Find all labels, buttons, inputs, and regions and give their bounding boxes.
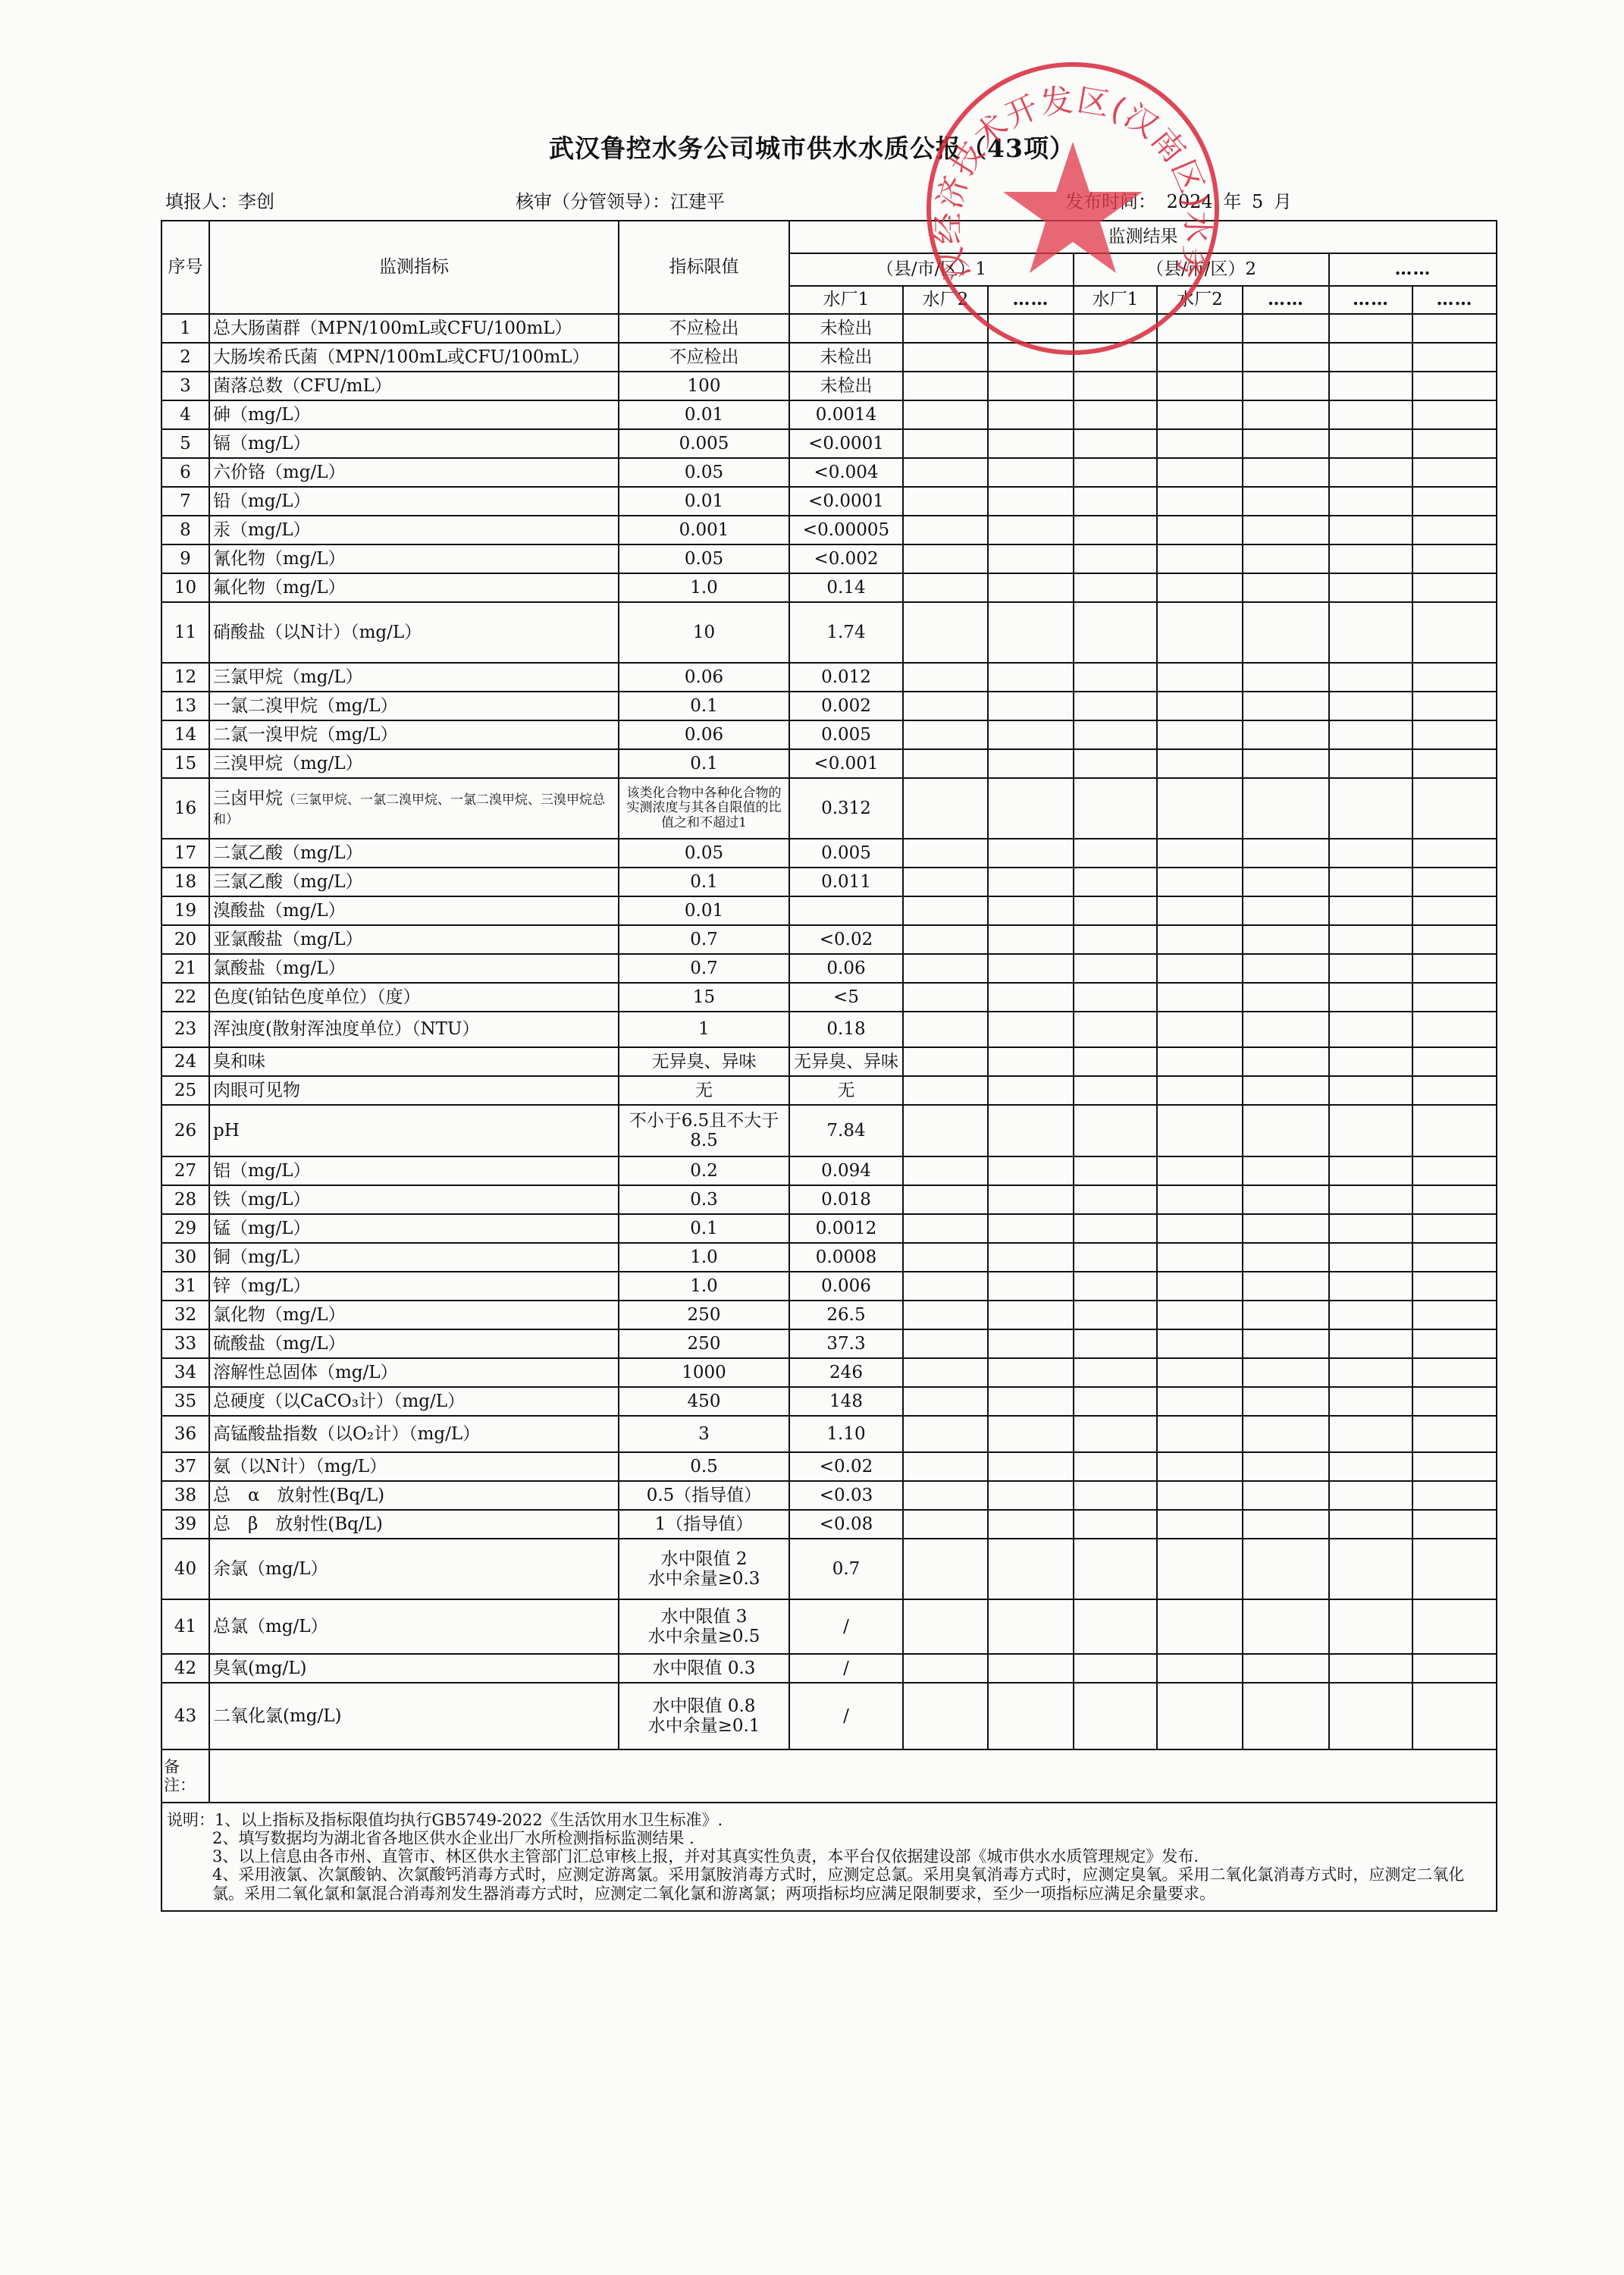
result-empty [903,458,988,487]
table-row: 25肉眼可见物无无 [161,1076,1497,1105]
result-empty [1243,778,1329,839]
result-empty [1329,1214,1412,1243]
result-empty [903,400,988,429]
result-empty [1329,1358,1412,1387]
result-plant-1: 未检出 [789,343,903,372]
result-empty [1157,1156,1243,1185]
result-empty [1074,720,1157,749]
result-empty [1412,1156,1497,1185]
table-row: 11硝酸盐（以N计）（mg/L）101.74 [161,602,1497,663]
result-empty [1157,749,1243,778]
result-empty [1412,868,1497,896]
result-empty [1412,839,1497,868]
result-empty [1074,343,1157,372]
result-plant-1: 无 [789,1076,903,1105]
indicator-name: 一氯二溴甲烷（mg/L） [209,692,619,720]
result-plant-1: <0.08 [789,1510,903,1539]
result-empty [1412,1416,1497,1452]
remark-row: 备注： [161,1749,1497,1803]
result-empty [1329,1076,1412,1105]
result-empty [1329,1654,1412,1683]
limit-value: 250 [619,1301,789,1329]
result-empty [903,778,988,839]
result-empty [903,1452,988,1481]
row-number: 8 [161,516,209,544]
table-row: 19溴酸盐（mg/L）0.01 [161,896,1497,925]
result-empty [903,1599,988,1654]
result-empty [1074,1387,1157,1416]
result-empty [903,839,988,868]
header-results: 监测结果 [789,221,1497,253]
result-empty [988,1012,1074,1047]
result-empty [988,1358,1074,1387]
row-number: 2 [161,343,209,372]
result-empty [1074,544,1157,573]
table-row: 15三溴甲烷（mg/L）0.1<0.001 [161,749,1497,778]
result-empty [1412,1481,1497,1510]
result-empty [1157,1358,1243,1387]
result-empty [1329,720,1412,749]
row-number: 31 [161,1272,209,1301]
table-row: 14二氯一溴甲烷（mg/L）0.060.005 [161,720,1497,749]
result-empty [1157,487,1243,516]
table-row: 28铁（mg/L）0.30.018 [161,1185,1497,1214]
result-empty [1157,896,1243,925]
indicator-name: 铜（mg/L） [209,1243,619,1272]
result-empty [1243,516,1329,544]
limit-value: 0.05 [619,839,789,868]
result-empty [1074,1272,1157,1301]
result-empty [1329,1243,1412,1272]
result-empty [1157,983,1243,1012]
result-empty [903,314,988,343]
result-plant-1: <0.004 [789,458,903,487]
result-empty [1157,1481,1243,1510]
result-empty [903,1654,988,1683]
result-empty [988,516,1074,544]
result-empty [1329,868,1412,896]
table-row: 9氰化物（mg/L）0.05<0.002 [161,544,1497,573]
result-plant-1: <0.03 [789,1481,903,1510]
result-plant-1: 7.84 [789,1105,903,1156]
limit-value: 3 [619,1416,789,1452]
result-empty [1329,839,1412,868]
indicator-name: 臭和味 [209,1047,619,1076]
result-empty [1074,896,1157,925]
result-empty [1074,663,1157,692]
result-empty [1243,663,1329,692]
result-empty [1329,1301,1412,1329]
date-month: 5 [1252,191,1263,212]
limit-value: 10 [619,602,789,663]
result-empty [988,778,1074,839]
result-empty [1412,1683,1497,1749]
result-empty [1329,1329,1412,1358]
result-empty [988,983,1074,1012]
result-empty [1074,1452,1157,1481]
result-plant-1: 246 [789,1358,903,1387]
header-plant: …… [1412,286,1497,314]
table-row: 12三氯甲烷（mg/L）0.060.012 [161,663,1497,692]
reviewer-label: 核审（分管领导）： [516,191,670,212]
notes-row: 说明：1、以上指标及指标限值均执行GB5749-2022《生活饮用水卫生标准》.… [161,1803,1497,1911]
result-empty [1329,1047,1412,1076]
result-empty [1329,1599,1412,1654]
result-empty [1243,314,1329,343]
filler-label: 填报人： [165,191,238,212]
result-plant-1: <0.00005 [789,516,903,544]
result-plant-1: <0.0001 [789,429,903,458]
notes-label: 说明： [167,1811,215,1829]
indicator-name: 硝酸盐（以N计）（mg/L） [209,602,619,663]
result-plant-1: 未检出 [789,372,903,400]
result-empty [903,544,988,573]
result-empty [988,925,1074,954]
result-empty [1074,1105,1157,1156]
result-empty [1329,954,1412,983]
limit-value: 0.7 [619,925,789,954]
result-empty [1329,1481,1412,1510]
result-empty [1243,1156,1329,1185]
result-empty [1243,1272,1329,1301]
result-empty [903,749,988,778]
result-plant-1: <5 [789,983,903,1012]
result-empty [903,692,988,720]
table-row: 27铝（mg/L）0.20.094 [161,1156,1497,1185]
result-plant-1: 0.18 [789,1012,903,1047]
result-empty [1243,1387,1329,1416]
table-row: 40余氯（mg/L）水中限值 2 水中余量≥0.30.7 [161,1539,1497,1599]
result-empty [1157,1272,1243,1301]
row-number: 19 [161,896,209,925]
table-row: 5镉（mg/L）0.005<0.0001 [161,429,1497,458]
result-empty [1074,954,1157,983]
result-empty [1412,1076,1497,1105]
result-empty [1329,1683,1412,1749]
result-empty [988,1185,1074,1214]
result-empty [1157,372,1243,400]
result-empty [988,487,1074,516]
result-empty [1243,429,1329,458]
result-plant-1: 0.011 [789,868,903,896]
result-empty [1412,1185,1497,1214]
result-empty [903,1510,988,1539]
header-plant: …… [988,286,1074,314]
result-empty [988,343,1074,372]
row-number: 22 [161,983,209,1012]
row-number: 35 [161,1387,209,1416]
result-empty [988,544,1074,573]
result-empty [1157,1185,1243,1214]
result-empty [988,1481,1074,1510]
result-empty [1412,1301,1497,1329]
indicator-name: 总大肠菌群（MPN/100mL或CFU/100mL） [209,314,619,343]
indicator-name: 三溴甲烷（mg/L） [209,749,619,778]
result-plant-1: <0.001 [789,749,903,778]
table-row: 34溶解性总固体（mg/L）1000246 [161,1358,1497,1387]
result-empty [1243,1599,1329,1654]
row-number: 14 [161,720,209,749]
result-empty [1243,983,1329,1012]
result-empty [988,1243,1074,1272]
filler-field: 填报人：李创 [165,187,274,213]
result-empty [1329,925,1412,954]
result-empty [1074,1539,1157,1599]
result-plant-1: 0.002 [789,692,903,720]
result-empty [988,1510,1074,1539]
result-empty [1243,925,1329,954]
limit-value: 0.1 [619,1214,789,1243]
row-number: 43 [161,1683,209,1749]
note-item: 3、以上信息由各市州、直管市、林区供水主管部门汇总审核上报，并对其真实性负责，本… [167,1847,1491,1865]
result-empty [1412,1329,1497,1358]
row-number: 30 [161,1243,209,1272]
row-number: 15 [161,749,209,778]
result-empty [1243,1105,1329,1156]
result-empty [1157,1329,1243,1358]
result-empty [1412,778,1497,839]
limit-value: 0.2 [619,1156,789,1185]
result-empty [988,314,1074,343]
result-empty [1074,1214,1157,1243]
result-plant-1: 0.005 [789,720,903,749]
result-empty [1329,372,1412,400]
header-limit: 指标限值 [619,221,789,314]
result-empty [1329,602,1412,663]
indicator-name: 总 α 放射性(Bq/L) [209,1481,619,1510]
result-empty [1412,1539,1497,1599]
limit-value: 0.3 [619,1185,789,1214]
indicator-name: 砷（mg/L） [209,400,619,429]
result-empty [1243,1076,1329,1105]
indicator-name: 三氯乙酸（mg/L） [209,868,619,896]
indicator-name: 氟化物（mg/L） [209,573,619,602]
result-plant-1: 0.0008 [789,1243,903,1272]
result-empty [988,1076,1074,1105]
result-empty [1074,573,1157,602]
result-empty [988,692,1074,720]
result-empty [988,749,1074,778]
limit-value: 0.7 [619,954,789,983]
result-empty [1157,1683,1243,1749]
result-empty [1412,487,1497,516]
table-row: 39总 β 放射性(Bq/L)1（指导值）<0.08 [161,1510,1497,1539]
result-empty [1243,1510,1329,1539]
limit-value: 无 [619,1076,789,1105]
result-empty [1412,544,1497,573]
result-empty [1412,1654,1497,1683]
result-plant-1: 0.7 [789,1539,903,1599]
result-empty [903,983,988,1012]
indicator-name: 溶解性总固体（mg/L） [209,1358,619,1387]
indicator-name: 氯酸盐（mg/L） [209,954,619,983]
limit-value: 0.005 [619,429,789,458]
result-plant-1: / [789,1654,903,1683]
row-number: 11 [161,602,209,663]
table-row: 31锌（mg/L）1.00.006 [161,1272,1497,1301]
limit-value: 1.0 [619,573,789,602]
limit-value: 不小于6.5且不大于8.5 [619,1105,789,1156]
result-empty [1329,1387,1412,1416]
result-empty [1329,544,1412,573]
result-empty [1074,778,1157,839]
row-number: 36 [161,1416,209,1452]
result-empty [903,925,988,954]
result-empty [1329,1272,1412,1301]
result-empty [1074,983,1157,1012]
indicator-name: 硫酸盐（mg/L） [209,1329,619,1358]
result-empty [1329,429,1412,458]
result-empty [1157,544,1243,573]
limit-value: 0.05 [619,458,789,487]
result-empty [1412,749,1497,778]
row-number: 24 [161,1047,209,1076]
indicator-name: 二氯一溴甲烷（mg/L） [209,720,619,749]
row-number: 26 [161,1105,209,1156]
result-empty [1157,1387,1243,1416]
table-row: 36高锰酸盐指数（以O₂计）（mg/L）31.10 [161,1416,1497,1452]
result-empty [1074,749,1157,778]
result-empty [1412,602,1497,663]
limit-value: 0.1 [619,868,789,896]
result-empty [903,1301,988,1329]
result-plant-1: 0.018 [789,1185,903,1214]
result-empty [903,896,988,925]
limit-value: 不应检出 [619,343,789,372]
result-empty [988,868,1074,896]
result-empty [1074,1076,1157,1105]
limit-value: 该类化合物中各种化合物的实测浓度与其各自限值的比值之和不超过1 [619,778,789,839]
result-empty [988,1452,1074,1481]
table-row: 22色度(铂钴色度单位）（度）15<5 [161,983,1497,1012]
result-empty [1157,720,1243,749]
limit-value: 450 [619,1387,789,1416]
indicator-name: 氯化物（mg/L） [209,1301,619,1329]
header-plant: …… [1243,286,1329,314]
result-empty [988,1683,1074,1749]
result-empty [903,1481,988,1510]
table-row: 8汞（mg/L）0.001<0.00005 [161,516,1497,544]
result-plant-1: / [789,1599,903,1654]
limit-value: 1000 [619,1358,789,1387]
result-empty [1157,1654,1243,1683]
result-plant-1: <0.002 [789,544,903,573]
row-number: 40 [161,1539,209,1599]
result-empty [1243,868,1329,896]
result-empty [1157,458,1243,487]
result-empty [903,1272,988,1301]
result-empty [1243,749,1329,778]
result-empty [1157,839,1243,868]
indicator-name: 氰化物（mg/L） [209,544,619,573]
row-number: 7 [161,487,209,516]
result-empty [1074,516,1157,544]
result-empty [988,1416,1074,1452]
notes: 说明：1、以上指标及指标限值均执行GB5749-2022《生活饮用水卫生标准》.… [161,1803,1497,1911]
header-group-1: （县/市/区）1 [789,253,1074,286]
row-number: 13 [161,692,209,720]
row-number: 27 [161,1156,209,1185]
result-empty [1157,1076,1243,1105]
result-empty [1157,1243,1243,1272]
result-empty [1412,663,1497,692]
table-row: 7铅（mg/L）0.01<0.0001 [161,487,1497,516]
indicator-name: 铝（mg/L） [209,1156,619,1185]
result-empty [1074,868,1157,896]
result-empty [1412,1047,1497,1076]
indicator-name: 二氧化氯(mg/L) [209,1683,619,1749]
table-row: 29锰（mg/L）0.10.0012 [161,1214,1497,1243]
result-empty [1243,1539,1329,1599]
result-empty [988,1599,1074,1654]
date-year-unit: 年 [1223,191,1241,212]
result-plant-1: 0.005 [789,839,903,868]
result-empty [1074,1683,1157,1749]
result-empty [1157,1301,1243,1329]
result-empty [1157,516,1243,544]
result-empty [1243,839,1329,868]
table-row: 42臭氧(mg/L)水中限值 0.3/ [161,1654,1497,1683]
date-year: 2024 [1167,191,1213,212]
row-number: 41 [161,1599,209,1654]
result-empty [1243,954,1329,983]
water-quality-table: 序号 监测指标 指标限值 监测结果 （县/市/区）1 （县/市/区）2 …… 水… [161,220,1497,1912]
limit-value: 不应检出 [619,314,789,343]
result-empty [1243,1416,1329,1452]
table-row: 38总 α 放射性(Bq/L)0.5（指导值）<0.03 [161,1481,1497,1510]
result-empty [1243,1301,1329,1329]
result-empty [1243,1185,1329,1214]
table-row: 43二氧化氯(mg/L)水中限值 0.8 水中余量≥0.1/ [161,1683,1497,1749]
limit-value: 0.5（指导值） [619,1481,789,1510]
result-empty [1412,1012,1497,1047]
result-empty [1329,1416,1412,1452]
result-empty [1243,692,1329,720]
result-empty [988,602,1074,663]
indicator-name: 肉眼可见物 [209,1076,619,1105]
table-row: 13一氯二溴甲烷（mg/L）0.10.002 [161,692,1497,720]
table-row: 20亚氯酸盐（mg/L）0.7<0.02 [161,925,1497,954]
indicator-name: 镉（mg/L） [209,429,619,458]
row-number: 32 [161,1301,209,1329]
result-empty [1329,1452,1412,1481]
indicator-name: 氨（以N计）（mg/L） [209,1452,619,1481]
indicator-name: 铁（mg/L） [209,1185,619,1214]
table-row: 10氟化物（mg/L）1.00.14 [161,573,1497,602]
indicator-name: 铅（mg/L） [209,487,619,516]
header-group-2: （县/市/区）2 [1074,253,1329,286]
result-empty [1412,1387,1497,1416]
result-plant-1: 1.10 [789,1416,903,1452]
limit-value: 250 [619,1329,789,1358]
indicator-name: 六价铬（mg/L） [209,458,619,487]
date-label: 发布时间： [1065,191,1156,212]
row-number: 25 [161,1076,209,1105]
table-row: 33硫酸盐（mg/L）25037.3 [161,1329,1497,1358]
indicator-name: 菌落总数（CFU/mL） [209,372,619,400]
row-number: 1 [161,314,209,343]
row-number: 17 [161,839,209,868]
indicator-name-main: 三卤甲烷 [213,789,283,808]
result-empty [1412,1358,1497,1387]
result-empty [903,1012,988,1047]
table-row: 24臭和味无异臭、异味无异臭、异味 [161,1047,1497,1076]
limit-value: 0.01 [619,487,789,516]
header-plant: 水厂1 [1074,286,1157,314]
header-plant: 水厂2 [903,286,988,314]
result-empty [1412,458,1497,487]
result-empty [1074,487,1157,516]
